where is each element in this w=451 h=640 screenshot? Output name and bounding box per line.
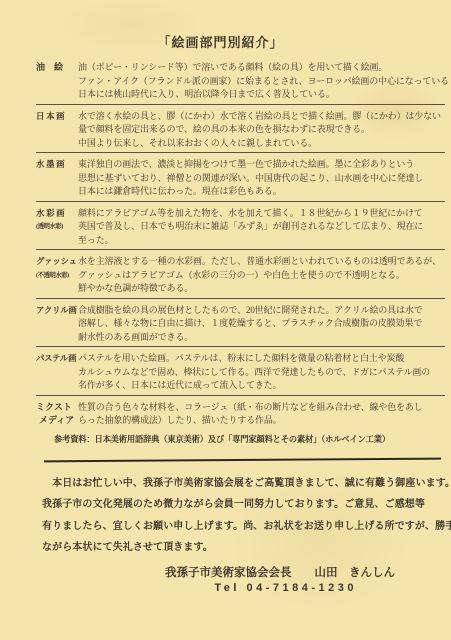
- description-line: 耐水性のある画面ができる。: [78, 331, 445, 345]
- section-label-column: 日 本 画: [36, 110, 78, 151]
- scanned-letter-page: 「絵画部門別紹介」 油 絵油（ポピー・リンシード等）で溶いである顔料（絵の具）を…: [0, 0, 451, 640]
- section-description: 合成樹脂を絵の具の展色材としたもので、20世紀に開発された。アクリル絵の具は水で…: [78, 304, 445, 345]
- closing-line: ながら本状にて失礼させて頂きます。: [42, 537, 441, 559]
- description-line: 水で溶く水絵の具と、膠（にかわ）水で溶く岩絵の具とで描く絵画。膠（にかわ）は少な…: [78, 110, 445, 124]
- section-row: 水 墨 画東洋独自の画法で、濃淡と抑揚をつけて墨一色で描かれた絵画。墨に全彩あり…: [36, 158, 445, 202]
- section-row: 水 彩 画(透明水彩)顔料にアラビアゴム等を加えた物を、水を加えて描く。１８世紀…: [36, 207, 445, 251]
- description-line: 日本には鎌倉時代に伝わった。現在は彩色もある。: [78, 185, 445, 199]
- description-line: 鮮やかな色調が特徴である。: [78, 282, 445, 296]
- section-description: 東洋独自の画法で、濃淡と抑揚をつけて墨一色で描かれた絵画。墨に全彩ありという思想…: [78, 158, 445, 199]
- section-sublabel: (透明水彩): [36, 220, 78, 234]
- section-label: ミクスト: [36, 401, 78, 415]
- section-label: パステル画: [36, 352, 78, 366]
- signature-tel-line: Tel 04-7184-1230: [36, 581, 357, 596]
- section-description: 顔料にアラビアゴム等を加えた物を、水を加えて描く。１８世紀から１９世紀にかけて英…: [78, 207, 445, 248]
- reference-note: 参考資料：日本美術用語辞典（東京美術）及び「専門家顔料とその素材」（ホルベイン工…: [54, 434, 445, 446]
- page-title: 「絵画部門別紹介」: [36, 36, 405, 50]
- closing-message: 本日はお忙しい中、我孫子市美術家協会展をご高覧頂きまして、誠に有難う御座います。…: [42, 473, 441, 559]
- section-label: アクリル画: [36, 304, 78, 318]
- description-line: 合成樹脂を絵の具の展色材としたもので、20世紀に開発された。アクリル絵の具は水で: [78, 304, 445, 318]
- description-line: 東洋独自の画法で、濃淡と抑揚をつけて墨一色で描かれた絵画。墨に全彩ありという: [78, 158, 445, 172]
- description-line: ファン・アイク（フランドル派の画家）に始まるとされ、ヨーロッパ絵画の中心になって…: [78, 75, 445, 89]
- description-line: 日本には桃山時代に入り、明治以降今日まで広く普及している。: [78, 88, 445, 102]
- section-label-column: 油 絵: [36, 61, 78, 102]
- description-line: パステルを用いた絵画。パステルは、粉末にした顔料を微量の粘着材と白土や炭酸: [78, 352, 445, 366]
- description-line: らった抽象的構成法）したり、描いたりする作品。: [78, 414, 445, 428]
- section-label-column: 水 彩 画(透明水彩): [36, 207, 78, 248]
- description-line: 中国より伝来し、それ以来おおくの人々に親しまれている。: [78, 137, 445, 151]
- signature-block: 我孫子市美術家協会会長 山田 きんしん Tel 04-7184-1230: [36, 566, 395, 596]
- closing-line: 我孫子市の文化発展のため微力ながら会員一同努力しております。ご意見、ご感想等: [42, 494, 441, 516]
- section-sublabel: (不透明水彩): [36, 269, 78, 283]
- section-description: 油（ポピー・リンシード等）で溶いである顔料（絵の具）を用いて描く絵画。ファン・ア…: [78, 61, 445, 102]
- section-row: パステル画パステルを用いた絵画。パステルは、粉末にした顔料を微量の粘着材と白土や…: [36, 352, 445, 396]
- section-description: パステルを用いた絵画。パステルは、粉末にした顔料を微量の粘着材と白土や炭酸カルシ…: [78, 352, 445, 393]
- section-label: 油 絵: [36, 61, 78, 75]
- section-row: ミクストメディア性質の合う色々な材料を、コラージュ（紙・布の断片などを組み合わせ…: [36, 401, 445, 428]
- signature-name-line: 我孫子市美術家協会会長 山田 きんしん: [36, 566, 395, 581]
- description-line: 溶解し、様々な物に自由に描け、１度乾燥すると、プラスチック合成樹脂の皮膜効果で: [78, 317, 445, 331]
- section-row: グァッシュ(不透明水彩)水を主溶液とする一種の水彩画。ただし、普通水彩画といわれ…: [36, 255, 445, 299]
- closing-line: 有りましたら、宜しくお願い申し上げます。尚、お礼状をお送り申し上げる所ですが、勝…: [42, 516, 441, 538]
- closing-line: 本日はお忙しい中、我孫子市美術家協会展をご高覧頂きまして、誠に有難う御座います。: [42, 473, 441, 495]
- section-description: 水で溶く水絵の具と、膠（にかわ）水で溶く岩絵の具とで描く絵画。膠（にかわ）は少な…: [78, 110, 445, 151]
- section-label: グァッシュ: [36, 255, 78, 269]
- description-line: 水を主溶液とする一種の水彩画。ただし、普通水彩画といわれているものは透明であるが…: [78, 255, 445, 269]
- section-row: 油 絵油（ポピー・リンシード等）で溶いである顔料（絵の具）を用いて描く絵画。ファ…: [36, 61, 445, 105]
- section-label-column: ミクストメディア: [36, 401, 78, 428]
- section-description: 性質の合う色々な材料を、コラージュ（紙・布の断片などを組み合わせ、線や色をあしら…: [78, 401, 445, 428]
- section-label-column: グァッシュ(不透明水彩): [36, 255, 78, 296]
- description-line: 量で顔料を固定出来るので、絵の具の本来の色を損なわずに表現できる。: [78, 123, 445, 137]
- description-line: 油（ポピー・リンシード等）で溶いである顔料（絵の具）を用いて描く絵画。: [78, 61, 445, 75]
- section-description: 水を主溶液とする一種の水彩画。ただし、普通水彩画といわれているものは透明であるが…: [78, 255, 445, 296]
- description-line: カルシュウムなどで固め、棒状にして作る。西洋で発達したもので、ドガにパステル画の: [78, 366, 445, 380]
- description-line: グァッシュはアラビアゴム（水彩の三分の一）や白色土を使うので不透明となる。: [78, 269, 445, 283]
- description-line: 名作が多く、日本には近代に成って流入してきた。: [78, 379, 445, 393]
- section-label: 日 本 画: [36, 110, 78, 124]
- divider-rule: [44, 457, 441, 462]
- description-line: 英国で普及し、日本でも明治末に雑誌「みずゑ」が創刊されるなどして広まり、現在に: [78, 220, 445, 234]
- section-label-column: 水 墨 画: [36, 158, 78, 199]
- description-line: 顔料にアラビアゴム等を加えた物を、水を加えて描く。１８世紀から１９世紀にかけて: [78, 207, 445, 221]
- painting-category-sections: 油 絵油（ポピー・リンシード等）で溶いである顔料（絵の具）を用いて描く絵画。ファ…: [36, 61, 445, 428]
- description-line: 至った。: [78, 234, 445, 248]
- section-label-column: アクリル画: [36, 304, 78, 345]
- section-label: 水 彩 画: [36, 207, 78, 221]
- description-line: 思想に基ずいており、禅僧との関連が深い。中国唐代の起こり、山水画を中心に発達し: [78, 172, 445, 186]
- section-row: 日 本 画水で溶く水絵の具と、膠（にかわ）水で溶く岩絵の具とで描く絵画。膠（にか…: [36, 110, 445, 154]
- section-row: アクリル画合成樹脂を絵の具の展色材としたもので、20世紀に開発された。アクリル絵…: [36, 304, 445, 348]
- description-line: 性質の合う色々な材料を、コラージュ（紙・布の断片などを組み合わせ、線や色をあし: [78, 401, 445, 415]
- section-sublabel: メディア: [36, 414, 78, 428]
- section-label: 水 墨 画: [36, 158, 78, 172]
- section-label-column: パステル画: [36, 352, 78, 393]
